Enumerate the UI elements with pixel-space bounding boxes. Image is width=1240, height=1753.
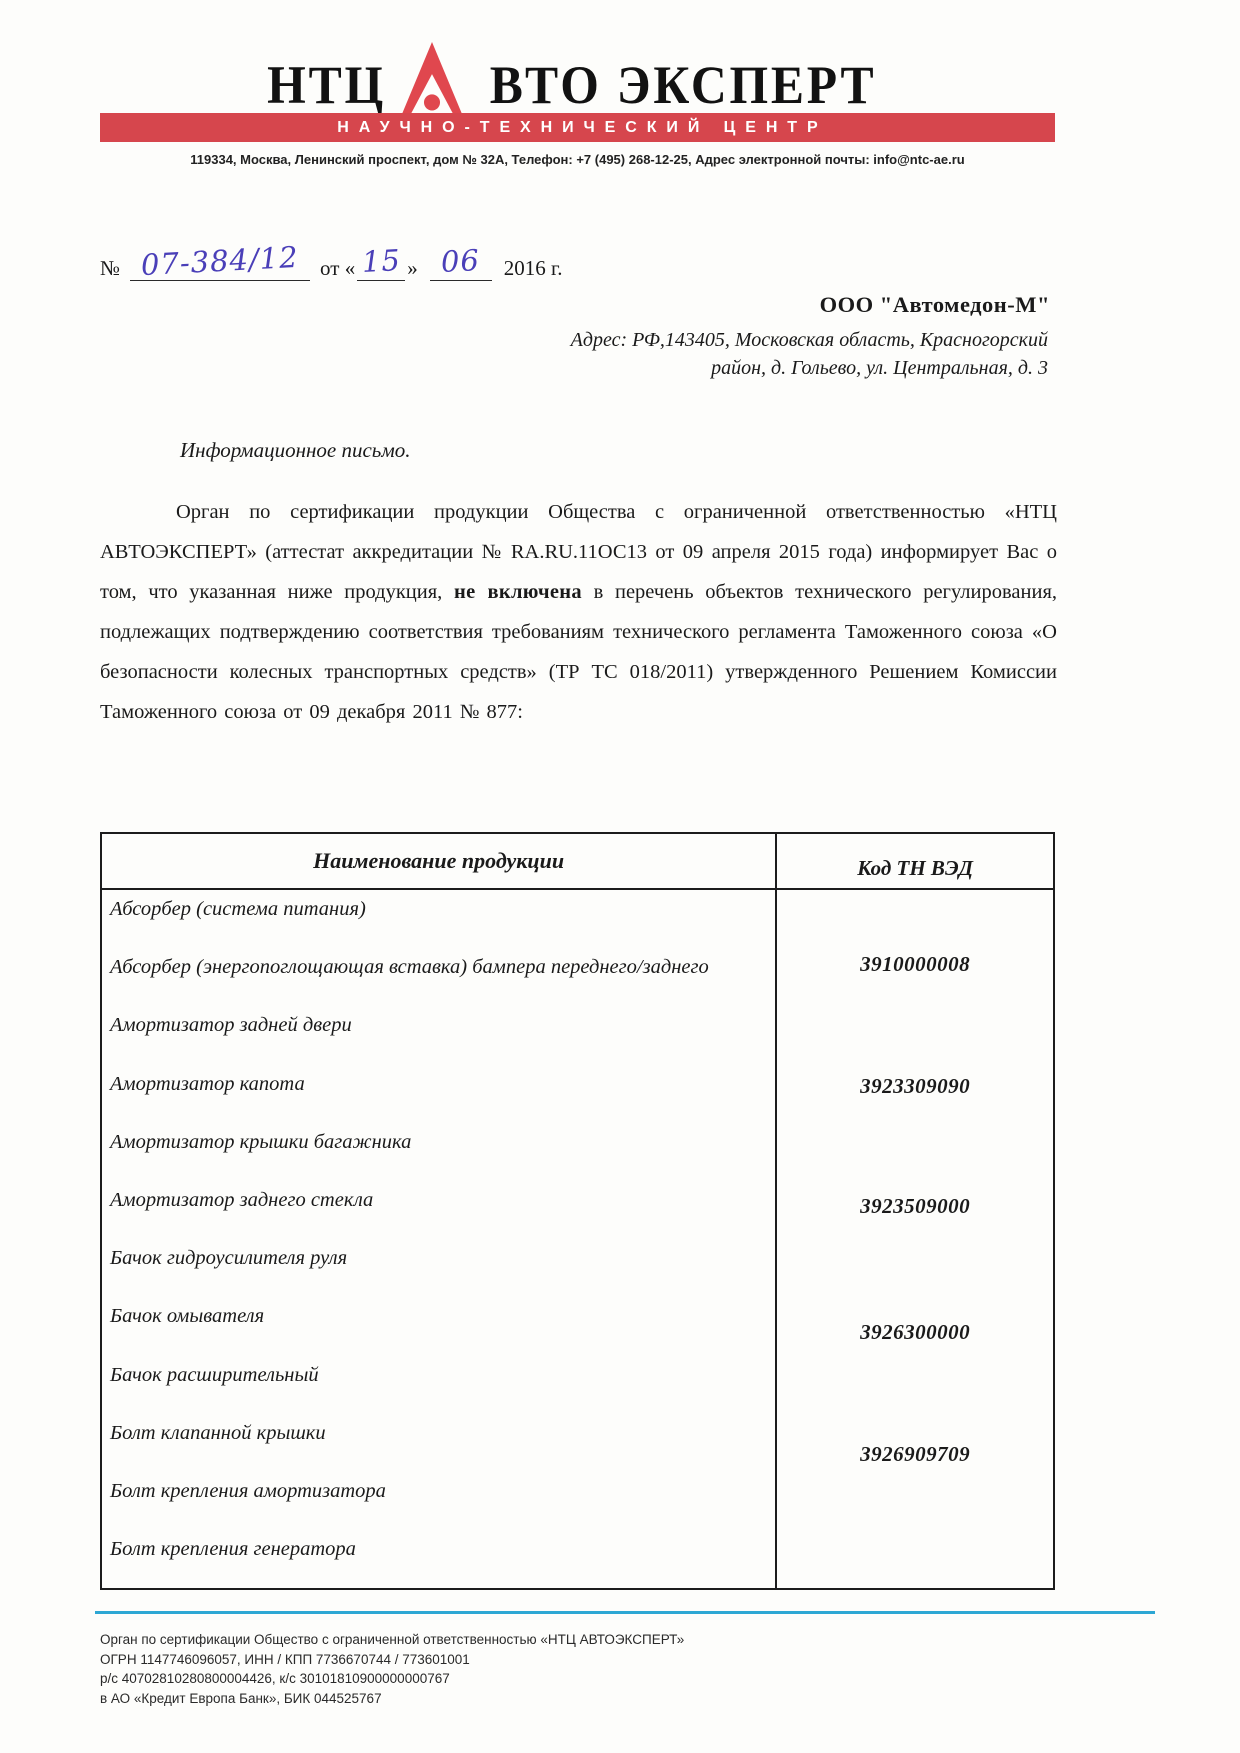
table-header-row: Наименование продукции Код ТН ВЭД xyxy=(102,834,1053,890)
footer-divider-line xyxy=(95,1611,1155,1614)
table-row: Абсорбер (система питания) xyxy=(102,890,775,948)
table-row: Болт клапанной крышки xyxy=(102,1414,775,1472)
tnved-code: 3910000008 xyxy=(777,952,1053,977)
doc-number-line: № 07-384/12 от « 15 » 06 2016 г. xyxy=(100,246,562,281)
column-header-tnved-code: Код ТН ВЭД xyxy=(777,834,1053,888)
banner-title: НАУЧНО-ТЕХНИЧЕСКИЙ ЦЕНТР xyxy=(327,119,827,137)
product-codes-table: Наименование продукции Код ТН ВЭД Абсорб… xyxy=(100,832,1055,1590)
logo-text-right: ВТО ЭКСПЕРТ xyxy=(490,58,877,116)
table-body: Абсорбер (система питания) Абсорбер (эне… xyxy=(102,890,1053,1589)
tnved-code: 3923509000 xyxy=(777,1194,1053,1219)
footer-line-accounts: р/с 40702810280800004426, к/с 3010181090… xyxy=(100,1669,1000,1689)
tnved-code: 3926909709 xyxy=(777,1442,1053,1467)
column-header-product-name: Наименование продукции xyxy=(102,834,777,888)
handwritten-day: 15 xyxy=(361,243,402,279)
table-row: Абсорбер (энергопоглощающая вставка) бам… xyxy=(102,948,775,1006)
product-name-column: Абсорбер (система питания) Абсорбер (эне… xyxy=(102,890,777,1589)
month-field: 06 xyxy=(430,246,492,281)
scanned-letter-page: НТЦ ВТО ЭКСПЕРТ НАУЧНО-ТЕХНИЧЕСКИЙ ЦЕНТР… xyxy=(0,0,1240,1753)
number-sign-label: № xyxy=(100,256,120,281)
table-row: Амортизатор крышки багажника xyxy=(102,1123,775,1181)
body-text-bold: не включена xyxy=(454,581,582,603)
footer-line-bank: в АО «Кредит Европа Банк», БИК 044525767 xyxy=(100,1689,1000,1709)
table-row: Амортизатор капота xyxy=(102,1065,775,1123)
company-logo: НТЦ ВТО ЭКСПЕРТ xyxy=(100,42,1055,116)
footer-requisites: Орган по сертификации Общество с огранич… xyxy=(100,1630,1000,1708)
handwritten-month: 06 xyxy=(440,243,481,279)
table-row: Болт крепления амортизатора xyxy=(102,1472,775,1530)
red-banner: НАУЧНО-ТЕХНИЧЕСКИЙ ЦЕНТР xyxy=(100,113,1055,142)
table-row: Бачок расширительный xyxy=(102,1356,775,1414)
tnved-code-column: 3910000008 3923309090 3923509000 3926300… xyxy=(777,890,1053,1589)
table-row: Болт крепления генератора xyxy=(102,1530,775,1588)
table-row: Бачок гидроусилителя руля xyxy=(102,1239,775,1297)
recipient-block: ООО "Автомедон-М" Адрес: РФ,143405, Моск… xyxy=(428,292,1048,382)
org-contact-line: 119334, Москва, Ленинский проспект, дом … xyxy=(100,152,1055,167)
doc-number-field: 07-384/12 xyxy=(130,246,310,281)
tnved-code: 3923309090 xyxy=(777,1074,1053,1099)
day-field: 15 xyxy=(357,246,405,281)
footer-line-org: Орган по сертификации Общество с огранич… xyxy=(100,1630,1000,1650)
tnved-code: 3926300000 xyxy=(777,1320,1053,1345)
handwritten-doc-number: 07-384/12 xyxy=(140,240,299,282)
from-label: от « xyxy=(320,256,355,281)
recipient-address-line1: Адрес: РФ,143405, Московская область, Кр… xyxy=(428,326,1048,354)
table-row: Бачок омывателя xyxy=(102,1297,775,1355)
year-label: 2016 г. xyxy=(504,256,563,281)
letter-subject: Информационное письмо. xyxy=(180,438,411,463)
logo-text-left: НТЦ xyxy=(267,58,386,116)
footer-line-ogrn-inn: ОГРН 1147746096057, ИНН / КПП 7736670744… xyxy=(100,1650,1000,1670)
table-row: Амортизатор заднего стекла xyxy=(102,1181,775,1239)
recipient-name: ООО "Автомедон-М" xyxy=(428,292,1050,318)
recipient-address-line2: район, д. Гольево, ул. Центральная, д. 3 xyxy=(428,354,1048,382)
letter-body: Орган по сертификации продукции Общества… xyxy=(100,492,1057,732)
logo-letter-a-icon xyxy=(401,42,463,116)
close-quote-label: » xyxy=(407,256,418,281)
table-row: Амортизатор задней двери xyxy=(102,1006,775,1064)
